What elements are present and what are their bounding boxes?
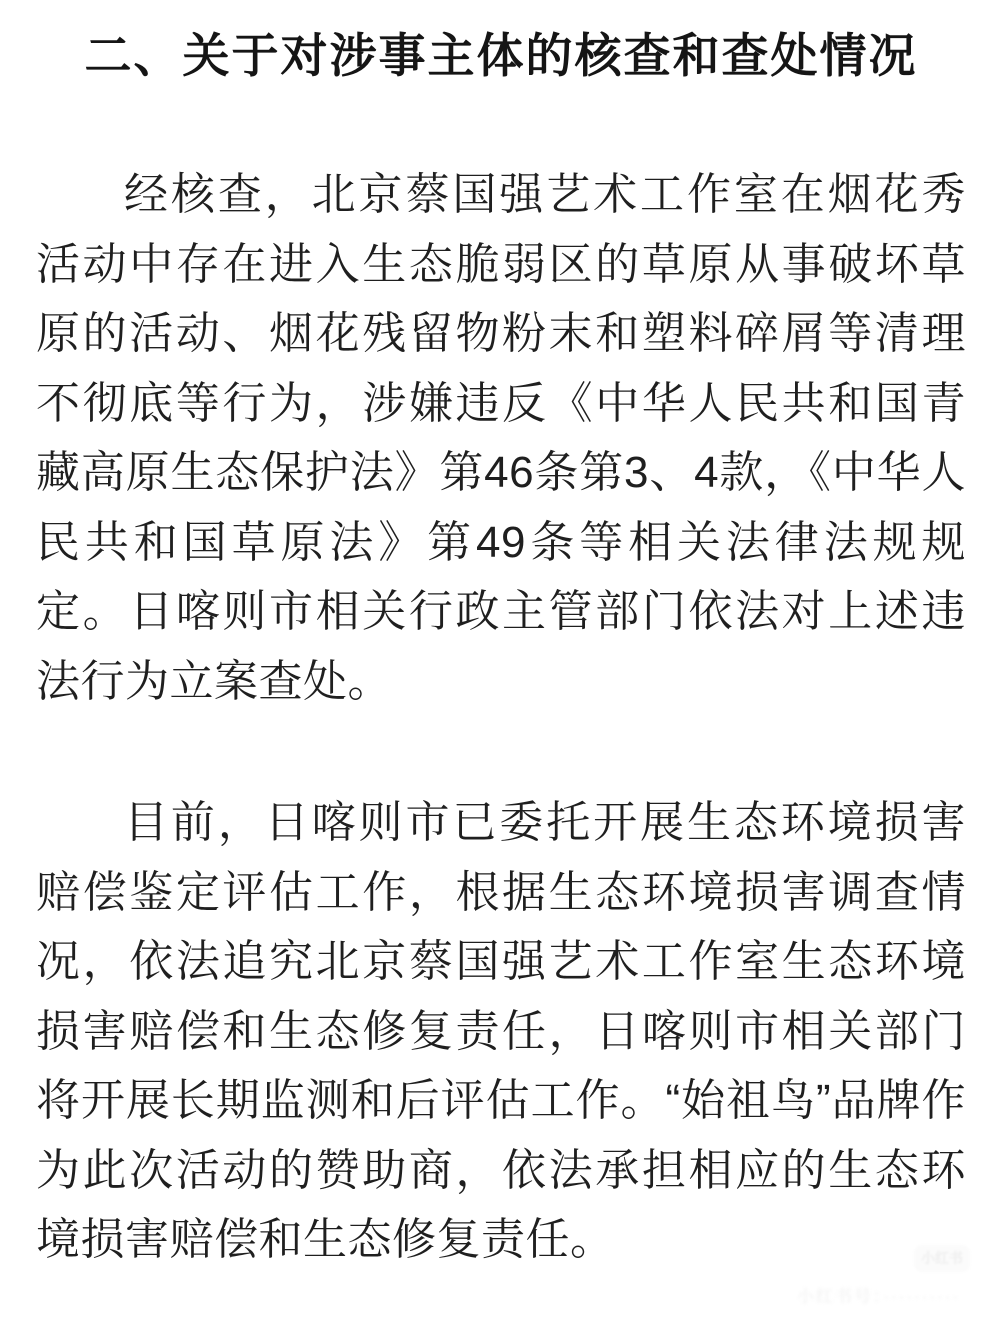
- watermark-account-id: 小红书号：··········: [797, 1282, 960, 1307]
- paragraph-liability-measures: 目前，日喀则市已委托开展生态环境损害赔偿鉴定评估工作，根据生态环境损害调查情况，…: [36, 788, 966, 1275]
- paragraph-investigation-findings: 经核查，北京蔡国强艺术工作室在烟花秀活动中存在进入生态脆弱区的草原从事破坏草原的…: [36, 160, 966, 716]
- page-title: 二、关于对涉事主体的核查和查处情况: [36, 30, 966, 82]
- document-page: 二、关于对涉事主体的核查和查处情况 经核查，北京蔡国强艺术工作室在烟花秀活动中存…: [0, 0, 1000, 1275]
